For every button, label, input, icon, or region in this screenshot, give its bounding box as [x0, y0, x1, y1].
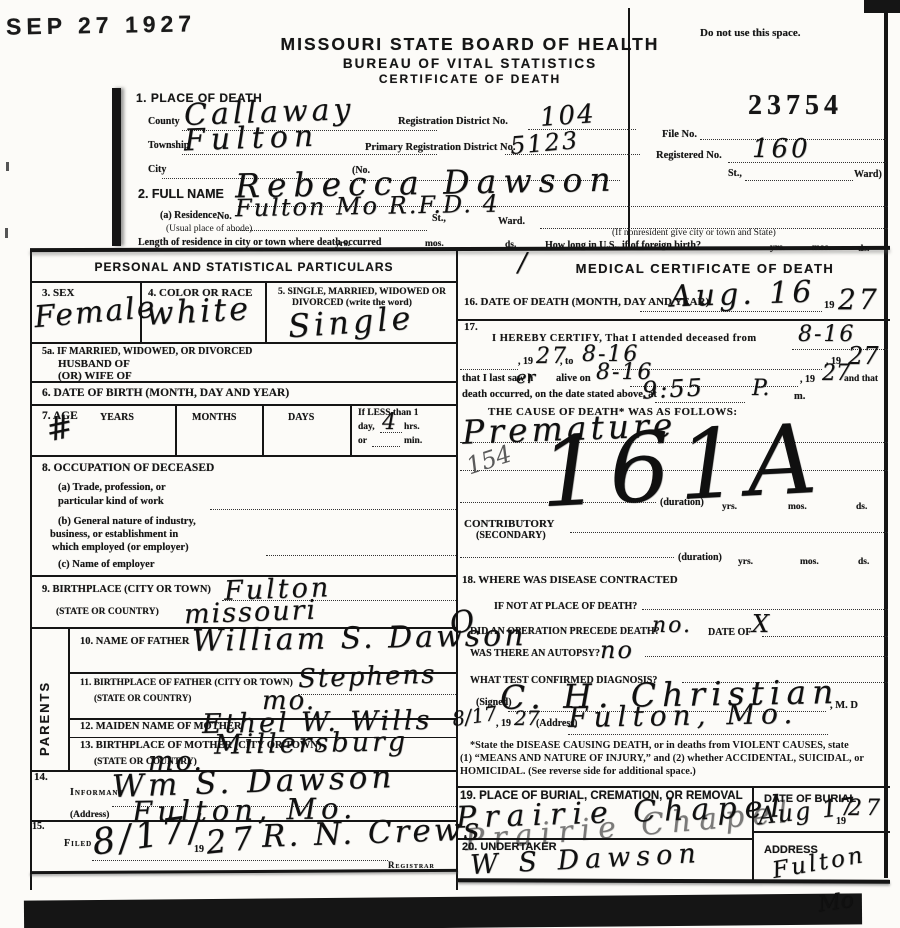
rule [265, 283, 267, 342]
race-value: white [145, 292, 252, 329]
burial-year-value: 27 [848, 798, 884, 820]
nonresident-label: (If nonresident give city or town and St… [612, 229, 776, 239]
page-title: MISSOURI STATE BOARD OF HEALTH [230, 36, 710, 54]
date-of-birth-label: 6. DATE OF BIRTH (MONTH, DAY AND YEAR) [42, 388, 289, 400]
date-of-death-value: Aug. 16 [670, 277, 816, 312]
duration-label: (duration) [660, 498, 704, 508]
footnote-line-2: (1) “MEANS AND NATURE OF INJURY,” and (2… [460, 754, 864, 764]
footnote-line-3: HOMICIDAL. (See reverse side for additio… [460, 767, 696, 777]
yrs-label: yrs. [335, 240, 350, 250]
filed-year-value: 27 [204, 821, 260, 858]
birthplace-label: 9. BIRTHPLACE (CITY OR TOWN) [42, 585, 211, 596]
death-occurred-label: death occurred, on the date stated above… [462, 390, 657, 401]
hrs-label: hrs. [404, 423, 420, 433]
rule [458, 786, 890, 788]
burial-year-printed: 19 [836, 817, 846, 827]
operation-date-value: X [752, 612, 769, 636]
father-birthplace-label: 11. BIRTHPLACE OF FATHER (CITY OR TOWN) [80, 679, 293, 689]
item-17: 17. [464, 322, 478, 333]
occupation-b-label-2: business, or establishment in [50, 530, 178, 541]
months-label: MONTHS [192, 413, 236, 423]
marital-label: 5. SINGLE, MARRIED, WIDOWED OR [278, 288, 446, 298]
md-label: , M. D [830, 701, 858, 712]
dotted-line [645, 656, 888, 657]
husband-of-label: HUSBAND OF [58, 359, 130, 370]
rule-parents-divider [68, 628, 70, 770]
secondary-label: (SECONDARY) [476, 531, 546, 541]
to-label: , to [560, 357, 573, 367]
registered-no-label: Registered No. [656, 151, 722, 162]
marital-value: Single [287, 302, 415, 343]
personal-section-title: PERSONAL AND STATISTICAL PARTICULARS [34, 261, 454, 273]
township-value: Fulton [184, 122, 320, 157]
autopsy-value: no [600, 638, 634, 662]
medical-section-title: MEDICAL CERTIFICATE OF DEATH [540, 262, 870, 275]
registrar-signature: R. N. Crews [262, 814, 483, 853]
dotted-line [210, 509, 456, 510]
signature-address-value: Fulton, Mo. [568, 700, 799, 732]
dotted-line [762, 636, 888, 637]
birthplace-state-label: (STATE OR COUNTRY) [56, 608, 159, 618]
filed-label: Filed [64, 839, 92, 849]
received-stamp: SEP 27 1927 [6, 12, 197, 38]
ds-label: ds. [856, 503, 867, 513]
filed-year-printed: 19 [194, 845, 204, 855]
full-name-label: 2. FULL NAME [138, 188, 224, 201]
autopsy-label: WAS THERE AN AUTOPSY? [470, 649, 600, 659]
mos-label: mos. [800, 558, 819, 568]
dotted-line [232, 230, 427, 231]
attended-from-value: 8-16 [798, 324, 855, 346]
year-printed: , 19 [800, 375, 815, 385]
st-label: St., [728, 169, 742, 179]
rule [175, 406, 177, 455]
year-printed: , 19 [518, 357, 533, 367]
contributory-label: CONTRIBUTORY [464, 519, 554, 530]
hours-value: 4 [382, 412, 396, 434]
min-label: min. [404, 437, 422, 447]
dotted-line [92, 860, 388, 861]
signature-date-value: 8/17 [451, 703, 498, 729]
dotted-line [372, 446, 400, 447]
primary-district-label: Primary Registration District No. [365, 143, 515, 154]
informant-address-label: (Address) [70, 811, 109, 821]
registrar-label: Registrar [388, 861, 435, 870]
pm-value: P. [752, 378, 769, 400]
left-border [30, 250, 32, 890]
undertaker-address-state: Mo [817, 890, 855, 917]
duration-label: (duration) [678, 553, 722, 563]
if-not-place-label: IF NOT AT PLACE OF DEATH? [494, 602, 637, 612]
dotted-line [570, 532, 888, 533]
ds-label: ds. [505, 241, 516, 251]
time-of-death-value: 9:55 [641, 375, 704, 402]
dotted-line [266, 555, 456, 556]
days-label: DAYS [288, 413, 314, 423]
death-certificate-scan: SEP 27 1927 MISSOURI STATE BOARD OF HEAL… [0, 0, 900, 928]
rule-right-bottom-heavy [458, 878, 890, 884]
rule [30, 404, 458, 406]
year-printed: , 19 [496, 719, 511, 729]
date-of-label: DATE OF [708, 628, 751, 638]
certificate-number: 23754 [748, 92, 843, 120]
and-that-label: and that [844, 375, 878, 385]
occupation-a-label-2: particular kind of work [58, 497, 164, 508]
day-label: day, [358, 423, 375, 433]
dotted-line [298, 694, 456, 695]
primary-district-value: 5123 [509, 128, 580, 158]
residence-no-label: No. [217, 212, 232, 222]
county-label: County [148, 117, 180, 127]
father-birthplace-value: Stephens [298, 662, 437, 693]
corner-mark [864, 0, 900, 13]
ds-label: ds. [858, 558, 869, 568]
ward-label: Ward) [854, 170, 882, 180]
item-14: 14. [34, 772, 48, 783]
how-long-us-label: How long in U.S., if of foreign birth? [545, 241, 701, 251]
tick-mark [6, 162, 9, 171]
occupation-b-label: (b) General nature of industry, [58, 517, 196, 528]
dotted-line [460, 369, 518, 370]
rule [30, 281, 458, 283]
where-contracted-label: 18. WHERE WAS DISEASE CONTRACTED [462, 575, 678, 586]
residence-value: Fulton Mo R.F.D. 4 [235, 192, 500, 221]
file-no-label: File No. [662, 130, 697, 141]
residence-ward-label: Ward. [498, 217, 525, 227]
footnote-line-1: *State the DISEASE CAUSING DEATH, or in … [470, 741, 849, 751]
attended-year2-value: 27 [848, 344, 879, 368]
tick-mark [5, 228, 8, 238]
or-label: or [358, 437, 367, 447]
left-bar [112, 88, 121, 246]
residence-label: (a) Residence. [160, 211, 219, 221]
rule [262, 406, 264, 455]
abode-label: (Usual place of abode) [166, 225, 252, 235]
rule [30, 342, 458, 344]
slash-mark: / [518, 250, 527, 276]
rule [350, 406, 352, 455]
occupation-title: 8. OCCUPATION OF DECEASED [42, 463, 214, 475]
yrs-label: yrs. [722, 503, 737, 513]
mos-label: mos. [812, 244, 831, 254]
occupation-a-label: (a) Trade, profession, or [58, 483, 166, 494]
father-name-label: 10. NAME OF FATHER [80, 637, 189, 648]
sex-value: Female [33, 293, 158, 334]
rule [458, 319, 890, 321]
occupation-b-label-3: which employed (or employer) [52, 543, 189, 554]
registration-district-label: Registration District No. [398, 117, 508, 128]
dotted-line [745, 180, 853, 181]
bottom-band [24, 893, 862, 928]
mother-birthplace-value: Millersburg [214, 728, 409, 758]
operation-value: no. [652, 615, 692, 637]
father-state-label: (STATE OR COUNTRY) [94, 694, 191, 703]
yrs-label: yrs. [770, 244, 785, 254]
rule-col-divider [456, 251, 458, 890]
rule [30, 455, 458, 457]
do-not-use-label: Do not use this space. [700, 28, 801, 39]
ds-label: ds. [858, 245, 869, 255]
bureau-subtitle: BUREAU OF VITAL STATISTICS [230, 57, 710, 71]
mos-label: mos. [788, 503, 807, 513]
mos-label: mos. [425, 240, 444, 250]
dotted-line [460, 557, 674, 558]
parents-label: PARENTS [38, 652, 51, 756]
if-married-label: 5a. IF MARRIED, WIDOWED, OR DIVORCED [42, 347, 252, 357]
certificate-subtitle: CERTIFICATE OF DEATH [230, 73, 710, 85]
m-label: m. [794, 392, 805, 403]
item-15: 15. [32, 822, 45, 832]
her-value: er [516, 369, 535, 387]
wife-of-label: (OR) WIFE OF [58, 371, 132, 382]
city-label: City [148, 165, 166, 175]
dod-year-value: 27 [838, 286, 880, 314]
yrs-label: yrs. [738, 558, 753, 568]
years-label: YEARS [100, 413, 134, 423]
dotted-line [568, 734, 828, 735]
alive-on-label: alive on [556, 374, 591, 385]
registered-no-value: 160 [752, 136, 811, 162]
residence-st-label: St., [432, 214, 446, 224]
occupation-c-label: (c) Name of employer [58, 560, 155, 571]
dod-year-printed: 19 [824, 301, 835, 312]
